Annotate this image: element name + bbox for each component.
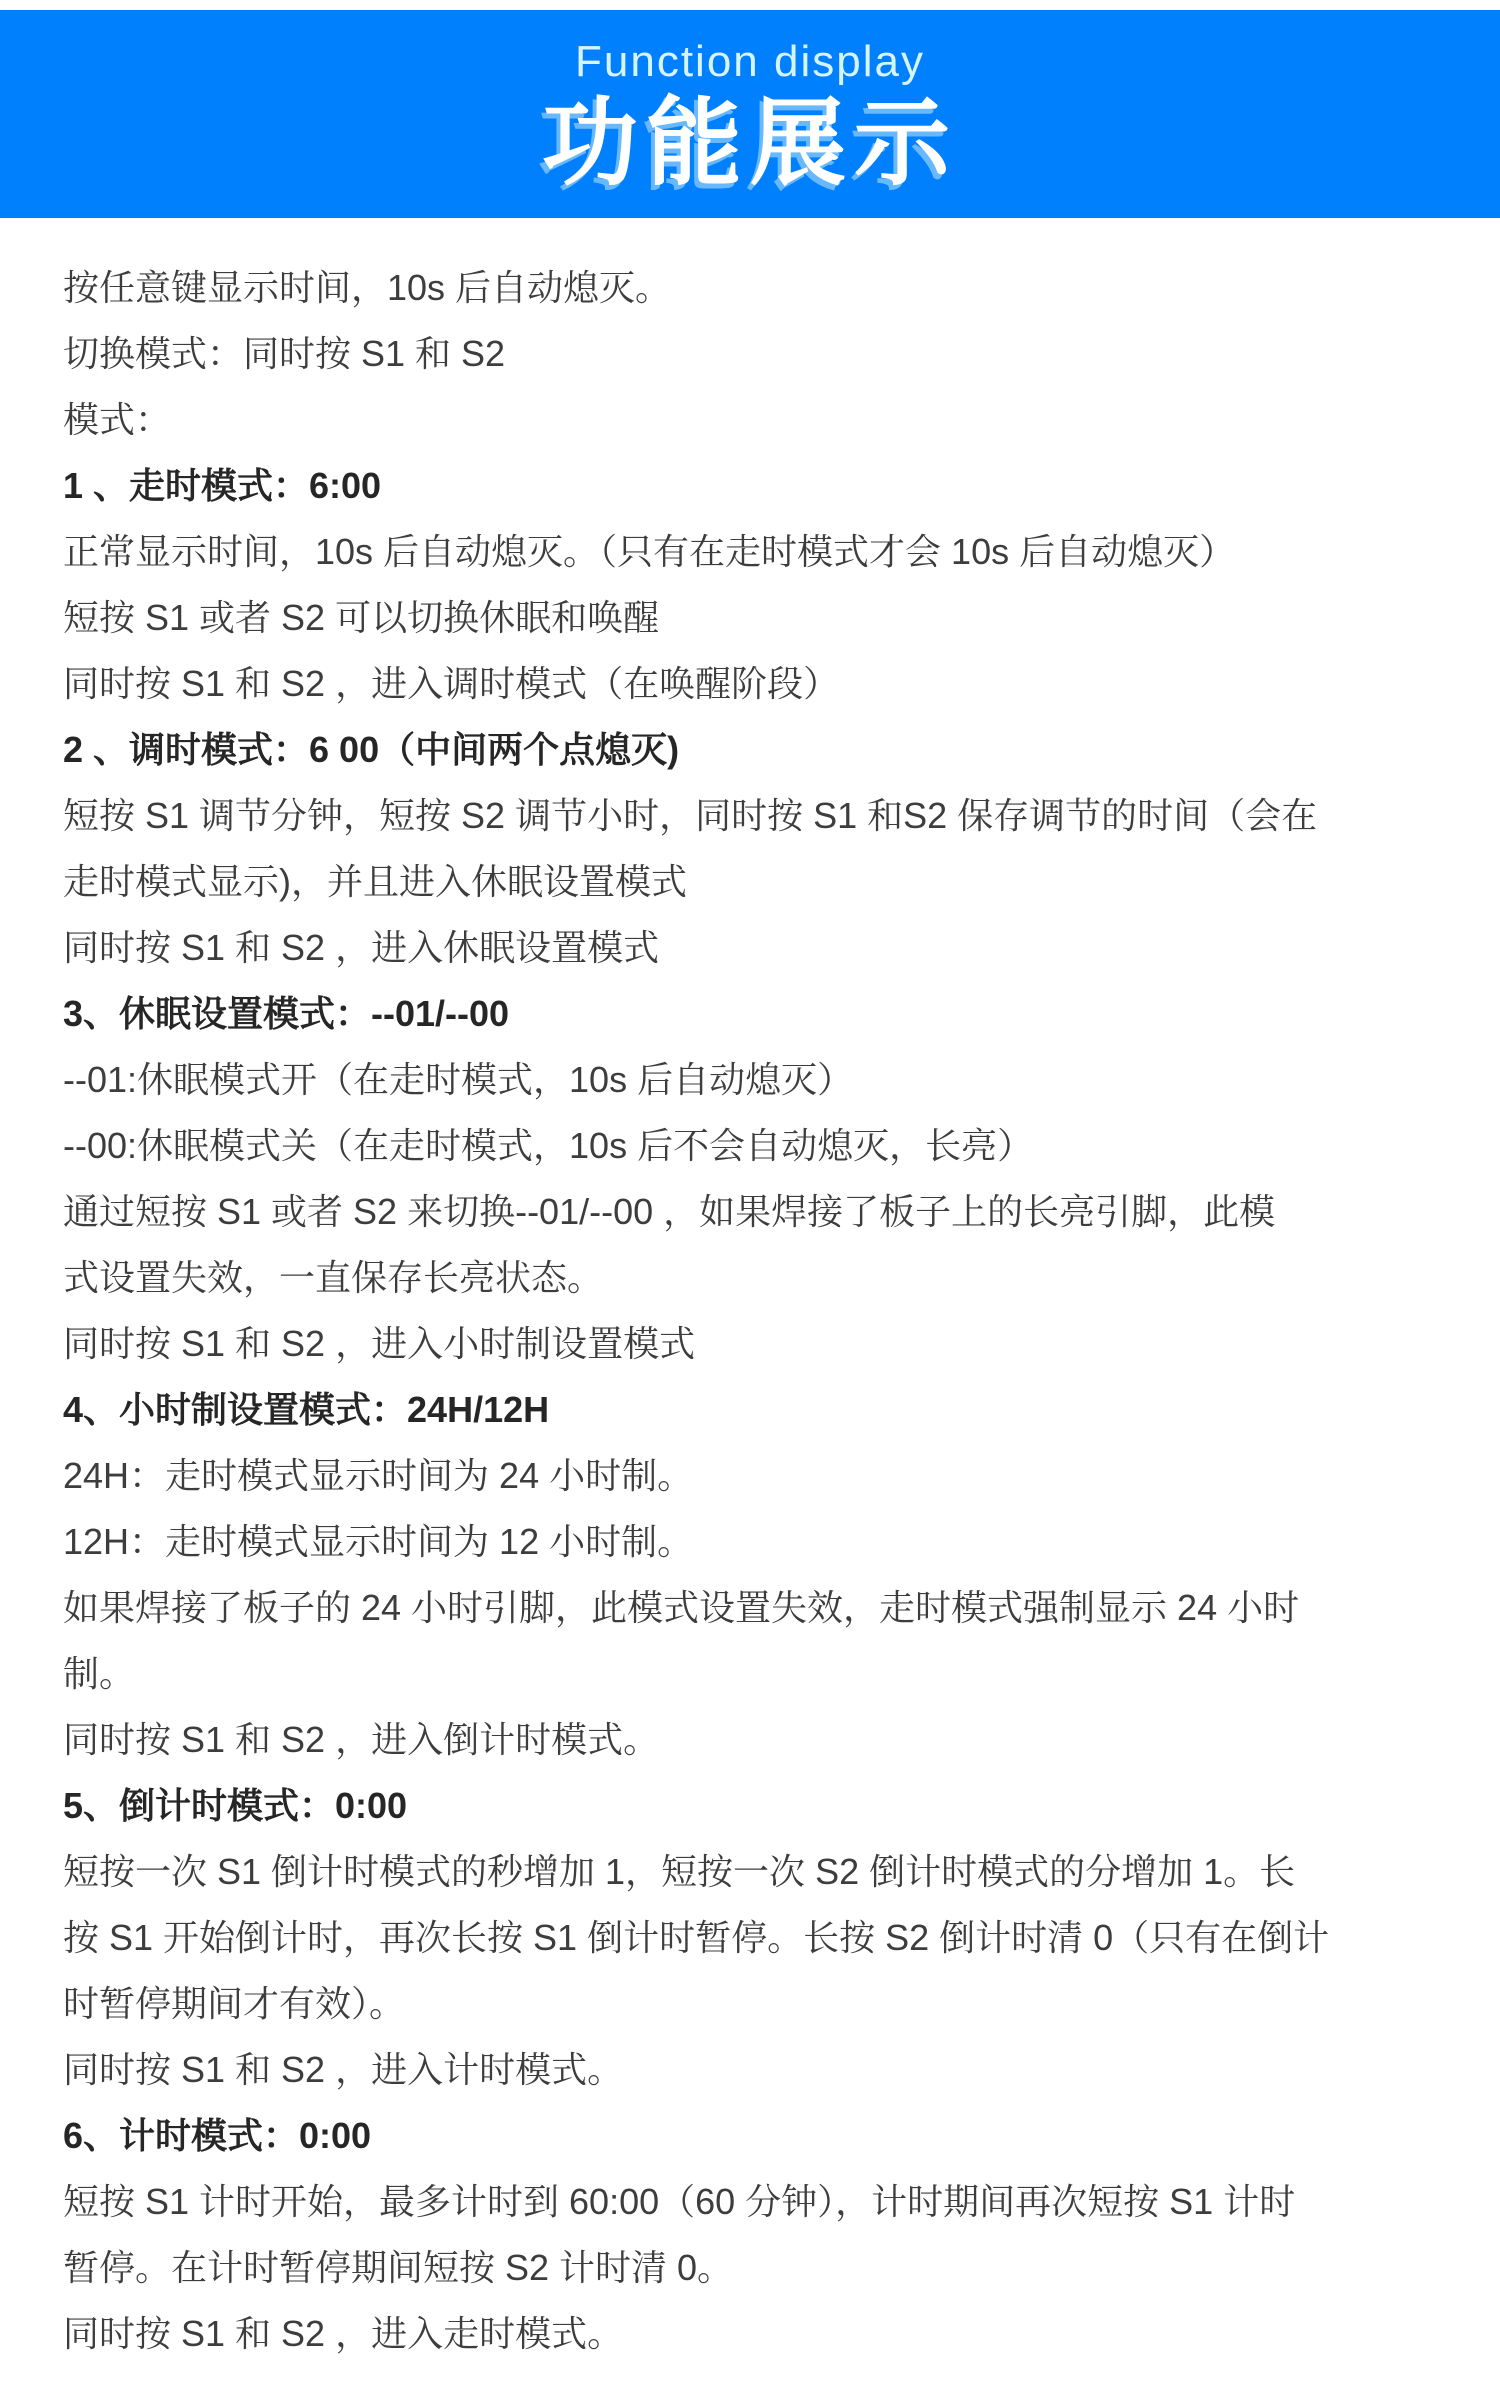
instruction-line: 按任意键显示时间，10s 后自动熄灭。: [63, 255, 1445, 321]
instruction-line: 制。: [63, 1641, 1445, 1707]
section-heading-line: 4、小时制设置模式：24H/12H: [63, 1377, 1445, 1443]
instruction-line: 短按 S1 调节分钟，短按 S2 调节小时，同时按 S1 和S2 保存调节的时间…: [63, 783, 1445, 849]
section-heading-line: 2 、调时模式：6 00（中间两个点熄灭): [63, 717, 1445, 783]
banner-title-cn: 功能展示: [0, 90, 1500, 198]
instruction-line: 正常显示时间，10s 后自动熄灭。（只有在走时模式才会 10s 后自动熄灭）: [63, 519, 1445, 585]
instruction-line: 同时按 S1 和 S2 ，进入走时模式。: [63, 2301, 1445, 2367]
instruction-line: 如果焊接了板子的 24 小时引脚，此模式设置失效，走时模式强制显示 24 小时: [63, 1575, 1445, 1641]
instruction-line: 按 S1 开始倒计时，再次长按 S1 倒计时暂停。长按 S2 倒计时清 0（只有…: [63, 1905, 1445, 1971]
function-display-banner: Function display 功能展示: [0, 10, 1500, 218]
instruction-line: 模式：: [63, 387, 1445, 453]
instruction-line: 短按一次 S1 倒计时模式的秒增加 1，短按一次 S2 倒计时模式的分增加 1。…: [63, 1839, 1445, 1905]
instruction-line: 式设置失效，一直保存长亮状态。: [63, 1245, 1445, 1311]
instruction-line: --00:休眠模式关（在走时模式，10s 后不会自动熄灭，长亮）: [63, 1113, 1445, 1179]
instruction-line: 暂停。在计时暂停期间短按 S2 计时清 0。: [63, 2235, 1445, 2301]
instruction-line: 时暂停期间才有效）。: [63, 1971, 1445, 2037]
instruction-line: 同时按 S1 和 S2 ，进入倒计时模式。: [63, 1707, 1445, 1773]
instruction-line: 走时模式显示)，并且进入休眠设置模式: [63, 849, 1445, 915]
instruction-line: 同时按 S1 和 S2 ，进入小时制设置模式: [63, 1311, 1445, 1377]
instruction-line: 短按 S1 计时开始，最多计时到 60:00（60 分钟），计时期间再次短按 S…: [63, 2169, 1445, 2235]
instruction-line: 同时按 S1 和 S2 ，进入调时模式（在唤醒阶段）: [63, 651, 1445, 717]
section-heading-line: 1 、走时模式：6:00: [63, 453, 1445, 519]
instruction-line: --01:休眠模式开（在走时模式，10s 后自动熄灭）: [63, 1047, 1445, 1113]
section-heading-line: 5、倒计时模式：0:00: [63, 1773, 1445, 1839]
instruction-line: 通过短按 S1 或者 S2 来切换--01/--00 ，如果焊接了板子上的长亮引…: [63, 1179, 1445, 1245]
instruction-line: 短按 S1 或者 S2 可以切换休眠和唤醒: [63, 585, 1445, 651]
instruction-line: 同时按 S1 和 S2 ，进入休眠设置模式: [63, 915, 1445, 981]
section-heading-line: 6、计时模式：0:00: [63, 2103, 1445, 2169]
instruction-line: 同时按 S1 和 S2 ，进入计时模式。: [63, 2037, 1445, 2103]
banner-subtitle-en: Function display: [0, 38, 1500, 86]
page: Function display 功能展示 按任意键显示时间，10s 后自动熄灭…: [0, 0, 1500, 2385]
instruction-line: 切换模式：同时按 S1 和 S2: [63, 321, 1445, 387]
instruction-line: 24H：走时模式显示时间为 24 小时制。: [63, 1443, 1445, 1509]
instruction-list: 按任意键显示时间，10s 后自动熄灭。切换模式：同时按 S1 和 S2模式：1 …: [0, 218, 1500, 2367]
section-heading-line: 3、休眠设置模式：--01/--00: [63, 981, 1445, 1047]
instruction-line: 12H：走时模式显示时间为 12 小时制。: [63, 1509, 1445, 1575]
